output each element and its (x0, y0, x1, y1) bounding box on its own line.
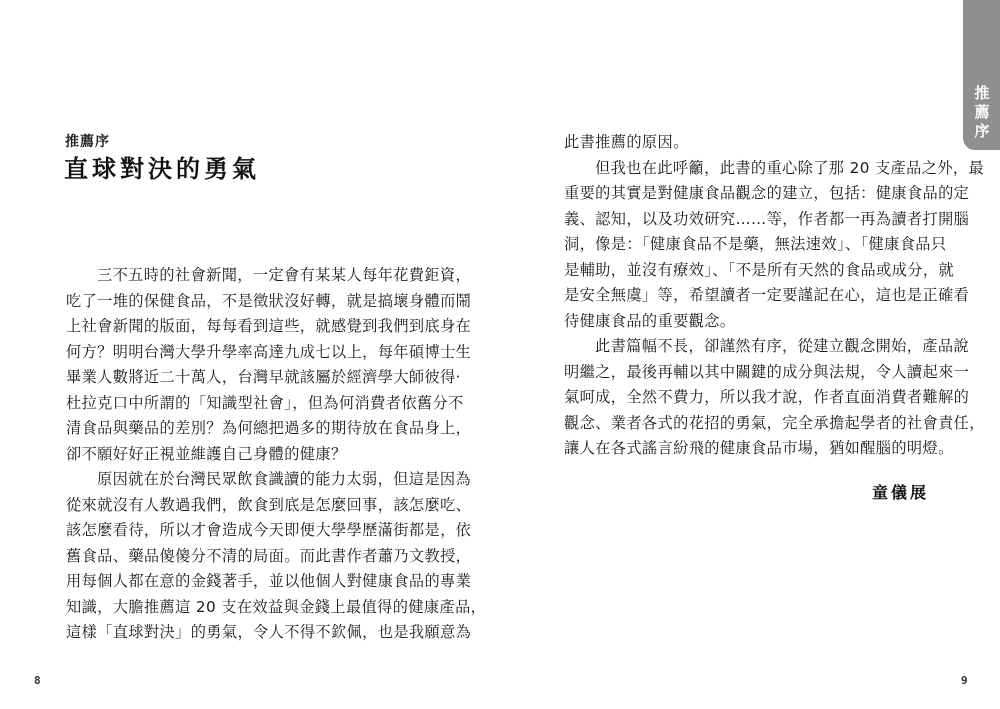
text-line: 是安全無虞」等，希望讀者一定要謹記在心，這也是正確看 (564, 283, 936, 309)
left-body-text: 三不五時的社會新聞，一定會有某某人每年花費鉅資， 吃了一堆的保健食品，不是徵狀沒… (66, 263, 438, 646)
text-line: 此書篇幅不長，卻謹然有序，從建立觀念開始，產品說 (564, 334, 936, 360)
text-line: 但我也在此呼籲，此書的重心除了那 20 支產品之外，最 (564, 156, 936, 182)
text-line: 此書推薦的原因。 (564, 130, 936, 156)
page-number-right: 9 (961, 674, 968, 687)
text-line: 氣呵成，全然不費力，所以我才說，作者直面消費者難解的 (564, 385, 936, 411)
text-line: 上社會新聞的版面，每每看到這些，就感覺到我們到底身在 (66, 314, 438, 340)
text-line: 讓人在各式謠言紛飛的健康食品市場，猶如醒腦的明燈。 (564, 436, 936, 462)
right-body-text: 此書推薦的原因。 但我也在此呼籲，此書的重心除了那 20 支產品之外，最 重要的… (564, 130, 936, 462)
left-page: 推薦序 直球對決的勇氣 三不五時的社會新聞，一定會有某某人每年花費鉅資， 吃了一… (0, 0, 500, 709)
text-line: 用每個人都在意的金錢著手，並以他個人對健康食品的專業 (66, 569, 438, 595)
text-line: 這樣「直球對決」的勇氣，令人不得不欽佩，也是我願意為 (66, 620, 438, 646)
section-thumb-tab: 推薦序 (963, 0, 1000, 150)
thumb-tab-label: 推薦序 (969, 84, 995, 141)
text-line: 何方？明明台灣大學升學率高達九成七以上，每年碩博士生 (66, 340, 438, 366)
text-line: 原因就在於台灣民眾飲食識讀的能力太弱，但這是因為 (66, 467, 438, 493)
text-line: 洞，像是：「健康食品不是藥，無法速效」、「健康食品只 (564, 232, 936, 258)
text-line: 舊食品、藥品傻傻分不清的局面。而此書作者蕭乃文教授， (66, 544, 438, 570)
text-line: 明繼之，最後再輔以其中關鍵的成分與法規，令人讀起來一 (564, 360, 936, 386)
page-number-left: 8 (34, 674, 41, 687)
text-line: 杜拉克口中所謂的「知識型社會」，但為何消費者依舊分不 (66, 391, 438, 417)
right-page: 此書推薦的原因。 但我也在此呼籲，此書的重心除了那 20 支產品之外，最 重要的… (500, 0, 1000, 709)
section-kicker: 推薦序 (65, 131, 110, 151)
text-line: 是輔助，並沒有療效」、「不是所有天然的食品或成分，就 (564, 258, 936, 284)
text-line: 該怎麼看待，所以才會造成今天即便大學學歷滿街都是，依 (66, 518, 438, 544)
text-line: 觀念、業者各式的花招的勇氣，完全承擔起學者的社會責任， (564, 411, 936, 437)
text-line: 清食品與藥品的差別？為何總把過多的期待放在食品身上， (66, 416, 438, 442)
author-signature: 童儀展 (872, 480, 929, 503)
text-line: 畢業人數將近二十萬人，台灣早就該屬於經濟學大師彼得· (66, 365, 438, 391)
text-line: 知識，大膽推薦這 20 支在效益與金錢上最值得的健康產品， (66, 595, 438, 621)
chapter-title: 直球對決的勇氣 (64, 149, 260, 184)
text-line: 吃了一堆的保健食品，不是徵狀沒好轉，就是搞壞身體而鬧 (66, 289, 438, 315)
text-line: 待健康食品的重要觀念。 (564, 309, 936, 335)
text-line: 從來就沒有人教過我們，飲食到底是怎麼回事，該怎麼吃、 (66, 493, 438, 519)
text-line: 卻不願好好正視並維護自己身體的健康？ (66, 442, 438, 468)
text-line: 重要的其實是對健康食品觀念的建立，包括：健康食品的定 (564, 181, 936, 207)
text-line: 三不五時的社會新聞，一定會有某某人每年花費鉅資， (66, 263, 438, 289)
text-line: 義、認知，以及功效研究……等，作者都一再為讀者打開腦 (564, 207, 936, 233)
